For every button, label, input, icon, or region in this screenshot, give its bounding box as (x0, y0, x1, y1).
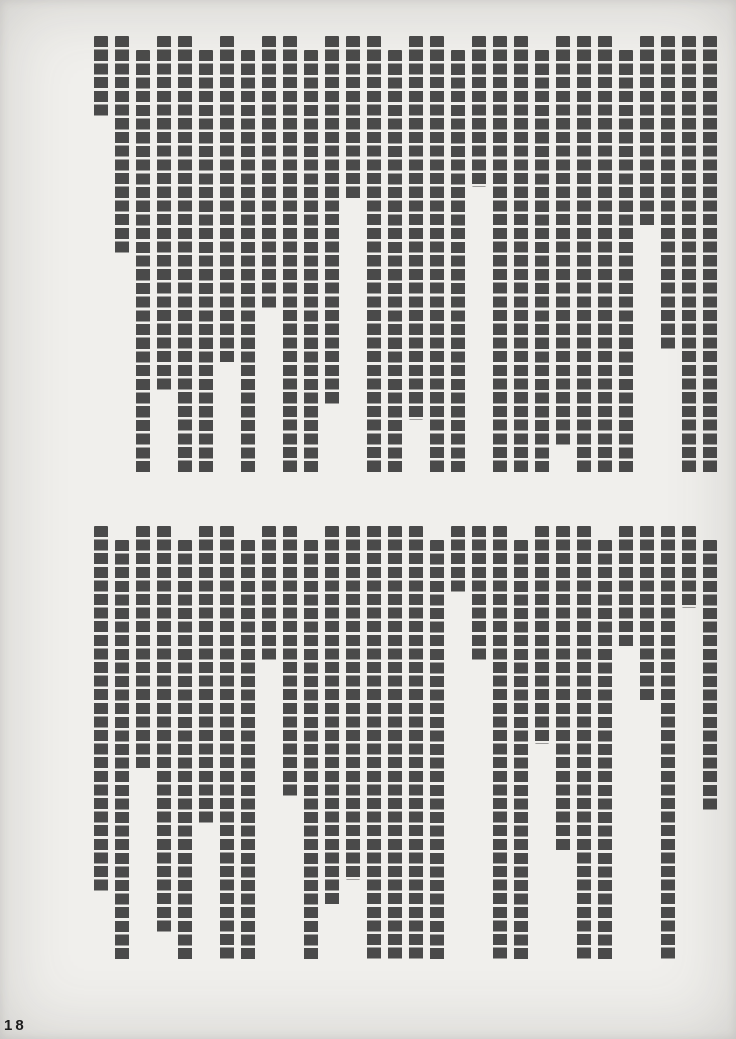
redacted-text-column (178, 540, 192, 962)
redacted-text-column (367, 36, 381, 474)
redacted-text-column (451, 526, 465, 594)
redacted-text-column (325, 526, 339, 907)
redacted-text-column (661, 526, 675, 961)
redacted-text-column (136, 50, 150, 475)
redacted-text-column (388, 50, 402, 475)
redacted-text-column (703, 540, 717, 812)
page-number: 18 (4, 1017, 27, 1034)
redacted-text-column (346, 526, 360, 880)
redacted-text-column (157, 36, 171, 392)
redacted-text-column (409, 526, 423, 961)
redacted-text-column (241, 540, 255, 962)
redacted-text-column (661, 36, 675, 351)
redacted-text-column (493, 36, 507, 474)
redacted-text-column (115, 540, 129, 962)
redacted-text-column (682, 526, 696, 608)
redacted-text-column (472, 36, 486, 187)
redacted-text-column (346, 36, 360, 200)
redacted-text-column (577, 526, 591, 961)
redacted-text-column (220, 526, 234, 961)
redacted-text-column (157, 526, 171, 934)
lower-text-block (94, 526, 717, 962)
redacted-text-column (367, 526, 381, 961)
redacted-text-column (451, 50, 465, 475)
redacted-text-column (262, 36, 276, 310)
redacted-text-column (262, 526, 276, 662)
redacted-text-column (199, 50, 213, 475)
redacted-text-column (178, 36, 192, 474)
redacted-text-column (535, 50, 549, 475)
redacted-text-column (325, 36, 339, 406)
redacted-text-column (304, 50, 318, 475)
redacted-text-column (388, 526, 402, 961)
redacted-text-column (94, 36, 108, 118)
redacted-text-column (283, 36, 297, 474)
redacted-text-column (220, 36, 234, 365)
redacted-text-column (619, 50, 633, 475)
redacted-text-column (682, 36, 696, 474)
redacted-text-column (283, 526, 297, 798)
redacted-text-column (472, 526, 486, 662)
redacted-text-column (115, 36, 129, 255)
redacted-text-column (136, 526, 150, 771)
redacted-text-column (493, 526, 507, 961)
redacted-text-column (703, 36, 717, 474)
redacted-text-column (577, 36, 591, 474)
redacted-text-column (430, 36, 444, 474)
redacted-text-column (409, 36, 423, 420)
redacted-text-column (199, 526, 213, 825)
redacted-text-column (241, 50, 255, 475)
redacted-text-column (598, 540, 612, 962)
redacted-text-column (94, 526, 108, 893)
redacted-text-column (640, 36, 654, 228)
redacted-text-column (514, 540, 528, 962)
redacted-text-column (514, 36, 528, 474)
redacted-text-column (556, 526, 570, 852)
upper-text-block (94, 36, 717, 475)
redacted-text-column (598, 36, 612, 474)
redacted-text-column (430, 540, 444, 962)
redacted-text-column (556, 36, 570, 447)
redacted-text-column (304, 540, 318, 962)
redacted-text-column (535, 526, 549, 744)
redacted-text-column (619, 526, 633, 648)
redacted-text-column (640, 526, 654, 703)
